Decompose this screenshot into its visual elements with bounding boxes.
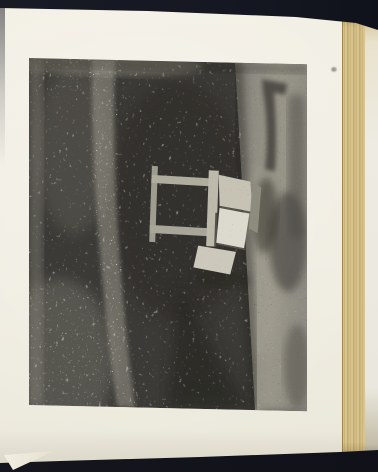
book-photo-scene	[0, 0, 378, 472]
book-fore-edge	[342, 14, 366, 456]
outer-page-edge	[365, 0, 378, 472]
margin-mark	[331, 67, 337, 72]
photo-plate	[29, 58, 307, 411]
film-grain	[29, 58, 307, 411]
photograph	[29, 58, 307, 411]
page-left-edge-shadow	[0, 6, 5, 166]
